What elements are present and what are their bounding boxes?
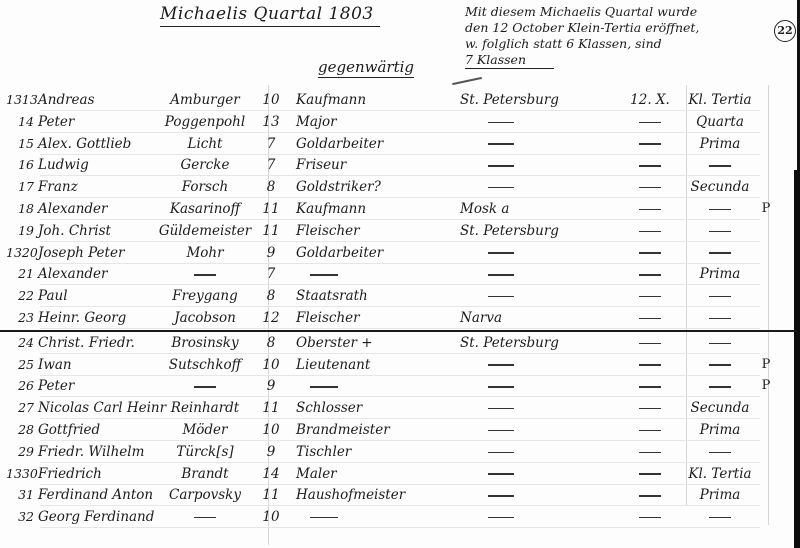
ditto-dash [639,408,661,410]
cell-city: Mosk a [460,201,610,217]
register-row: 31Ferdinand AntonCarpovsky11Haushofmeist… [0,487,800,508]
register-row: 1313AndreasAmburger10KaufmannSt. Petersb… [0,92,800,113]
cell-last: Brandt [150,466,260,482]
cell-class [680,223,760,239]
ditto-dash [488,296,514,298]
register-row: 21Alexander7Prima [0,266,800,287]
cell-last: Licht [150,136,260,152]
cell-class [680,509,760,525]
cell-date [620,157,680,173]
cell-date [620,114,680,130]
cell-last: Poggenpohl [150,114,260,130]
cell-class: Secunda [680,400,760,416]
register-row: 18AlexanderKasarinoff11KaufmannMosk aP [0,201,800,222]
cell-last: Möder [150,422,260,438]
ditto-dash [488,187,514,189]
ditto-dash [639,187,661,189]
cell-num: 26 [6,378,34,393]
cell-first: Joh. Christ [38,223,148,239]
cell-last: Mohr [150,245,260,261]
cell-class: Secunda [680,179,760,195]
ditto-dash [639,296,661,298]
ditto-dash [709,343,731,345]
cell-date [620,136,680,152]
cell-first: Paul [38,288,148,304]
cell-occupation [296,266,431,282]
register-row: 19Joh. ChristGüldemeister11FleischerSt. … [0,223,800,244]
cell-class: Prima [680,487,760,503]
ditto-dash [639,209,661,211]
ditto-dash [639,143,661,145]
cell-occupation: Major [296,114,431,130]
cell-city: St. Petersburg [460,335,610,351]
register-row: 1320Joseph PeterMohr9Goldarbeiter [0,245,800,266]
ditto-dash [488,386,514,388]
cell-first: Alexander [38,201,148,217]
decorative-stroke [452,77,482,85]
cell-occupation: Fleischer [296,310,431,326]
ditto-dash [194,386,216,388]
cell-class: Prima [680,422,760,438]
cell-last: Türck[s] [150,444,260,460]
cell-last: Reinhardt [150,400,260,416]
cell-age: 11 [256,487,286,503]
cell-occupation: Haushofmeister [296,487,431,503]
cell-first: Christ. Friedr. [38,335,148,351]
ditto-dash [488,452,514,454]
cell-city [460,179,610,195]
cell-age: 14 [256,466,286,482]
register-row: 25IwanSutschkoff10LieutenantP [0,357,800,378]
cell-age: 8 [256,179,286,195]
cell-occupation: Goldstriker? [296,179,431,195]
register-row: 22PaulFreygang8Staatsrath [0,288,800,309]
cell-age: 10 [256,422,286,438]
register-row: 27Nicolas Carl HeinrReinhardt11Schlosser… [0,400,800,421]
ditto-dash [488,165,514,167]
cell-num: 1330 [6,466,34,481]
ditto-dash [639,473,661,475]
cell-last: Brosinsky [150,335,260,351]
register-row: 15Alex. GottliebLicht7GoldarbeiterPrima [0,136,800,157]
column-heading-current: gegenwärtig [318,58,414,78]
cell-city: St. Petersburg [460,92,610,108]
register-row: 32Georg Ferdinand10 [0,509,800,530]
ditto-dash [639,452,661,454]
ditto-dash [709,209,731,211]
cell-first: Peter [38,114,148,130]
cell-num: 1313 [6,92,34,107]
cell-age: 10 [256,92,286,108]
note-line: w. folglich statt 6 Klassen, sind [465,36,765,52]
page-number-badge: 22 [774,20,796,42]
header-note: Mit diesem Michaelis Quartal wurde den 1… [465,4,765,69]
cell-first: Georg Ferdinand [38,509,148,525]
cell-age: 7 [256,266,286,282]
cell-age: 7 [256,136,286,152]
cell-num: 23 [6,310,34,325]
register-row: 1330FriedrichBrandt14MalerKl. Tertia [0,466,800,487]
cell-first: Gottfried [38,422,148,438]
cell-age: 9 [256,378,286,394]
ditto-dash [488,495,514,497]
cell-city [460,288,610,304]
cell-class [680,157,760,173]
ditto-dash [639,274,661,276]
cell-occupation [296,509,431,525]
ditto-dash [639,430,661,432]
cell-num: 29 [6,444,34,459]
ditto-dash [709,296,731,298]
ditto-dash [488,252,514,254]
cell-age: 10 [256,509,286,525]
cell-date [620,400,680,416]
cell-class [680,245,760,261]
ditto-dash [639,231,661,233]
cell-num: 16 [6,157,34,172]
cell-class [680,288,760,304]
ditto-dash [310,517,338,519]
ditto-dash [310,386,338,388]
cell-last [150,378,260,394]
cell-date [620,288,680,304]
cell-last: Kasarinoff [150,201,260,217]
cell-occupation [296,378,431,394]
cell-class: Kl. Tertia [680,92,760,108]
cell-mark: P [756,357,776,372]
cell-first: Ludwig [38,157,148,173]
cell-city [460,444,610,460]
ditto-dash [639,517,661,519]
cell-city [460,245,610,261]
cell-first: Ferdinand Anton [38,487,148,503]
register-row: 17FranzForsch8Goldstriker?Secunda [0,179,800,200]
cell-num: 31 [6,487,34,502]
ditto-dash [639,122,661,124]
cell-last: Amburger [150,92,260,108]
cell-occupation: Oberster + [296,335,431,351]
cell-first: Iwan [38,357,148,373]
cell-city: Narva [460,310,610,326]
cell-mark: P [756,201,776,216]
ditto-dash [639,165,661,167]
ditto-dash [639,364,661,366]
cell-occupation: Schlosser [296,400,431,416]
ditto-dash [488,274,514,276]
cell-age: 8 [256,335,286,351]
register-row: 24Christ. Friedr.Brosinsky8Oberster +St.… [0,335,800,356]
cell-age: 11 [256,400,286,416]
cell-class: Quarta [680,114,760,130]
cell-date [620,201,680,217]
cell-num: 14 [6,114,34,129]
cell-first: Nicolas Carl Heinr [38,400,148,416]
cell-last: Carpovsky [150,487,260,503]
cell-occupation: Fleischer [296,223,431,239]
cell-last [150,509,260,525]
cell-city [460,466,610,482]
cell-age: 11 [256,201,286,217]
ditto-dash [639,343,661,345]
cell-num: 22 [6,288,34,303]
cell-age: 7 [256,157,286,173]
cell-num: 1320 [6,245,34,260]
cell-first: Franz [38,179,148,195]
cell-class: Kl. Tertia [680,466,760,482]
register-page: Michaelis Quartal 1803 Mit diesem Michae… [0,0,800,548]
cell-date [620,266,680,282]
cell-occupation: Staatsrath [296,288,431,304]
cell-occupation: Friseur [296,157,431,173]
cell-occupation: Lieutenant [296,357,431,373]
ditto-dash [488,143,514,145]
cell-occupation: Brandmeister [296,422,431,438]
cell-class [680,310,760,326]
cell-first: Alexander [38,266,148,282]
ditto-dash [709,231,731,233]
cell-city [460,400,610,416]
cell-num: 19 [6,223,34,238]
cell-age: 12 [256,310,286,326]
cell-occupation: Maler [296,466,431,482]
cell-first: Friedr. Wilhelm [38,444,148,460]
cell-first: Friedrich [38,466,148,482]
cell-age: 9 [256,444,286,460]
note-line: Mit diesem Michaelis Quartal wurde [465,4,765,20]
cell-mark: P [756,378,776,393]
ditto-dash [639,386,661,388]
cell-city [460,157,610,173]
cell-class [680,201,760,217]
cell-first: Andreas [38,92,148,108]
ditto-dash [194,274,216,276]
cell-num: 28 [6,422,34,437]
ditto-dash [488,430,514,432]
cell-city [460,422,610,438]
cell-first: Peter [38,378,148,394]
register-row: 14PeterPoggenpohl13MajorQuarta [0,114,800,135]
cell-date [620,378,680,394]
ditto-dash [709,386,731,388]
cell-date [620,310,680,326]
cell-class [680,335,760,351]
cell-last [150,266,260,282]
ditto-dash [639,495,661,497]
cell-city [460,509,610,525]
cell-city [460,487,610,503]
cell-first: Alex. Gottlieb [38,136,148,152]
cell-last: Jacobson [150,310,260,326]
cell-occupation: Kaufmann [296,92,431,108]
cell-num: 17 [6,179,34,194]
ditto-dash [488,473,514,475]
cell-occupation: Kaufmann [296,201,431,217]
note-line: 7 Klassen [465,52,554,69]
cell-last: Gercke [150,157,260,173]
cell-num: 27 [6,400,34,415]
cell-last: Freygang [150,288,260,304]
cell-date [620,357,680,373]
cell-date [620,245,680,261]
ditto-dash [639,318,661,320]
ditto-dash [488,122,514,124]
cell-num: 18 [6,201,34,216]
cell-date [620,422,680,438]
cell-city [460,266,610,282]
cell-occupation: Goldarbeiter [296,136,431,152]
cell-date: 12. X. [620,92,680,108]
cell-occupation: Tischler [296,444,431,460]
cell-num: 15 [6,136,34,151]
register-row: 29Friedr. WilhelmTürck[s]9Tischler [0,444,800,465]
register-row: 16LudwigGercke7Friseur [0,157,800,178]
cell-age: 13 [256,114,286,130]
ditto-dash [310,274,338,276]
cell-date [620,466,680,482]
cell-city [460,357,610,373]
cell-first: Heinr. Georg [38,310,148,326]
ditto-dash [639,252,661,254]
cell-occupation: Goldarbeiter [296,245,431,261]
ditto-dash [709,517,731,519]
cell-last: Güldemeister [150,223,260,239]
cell-age: 8 [256,288,286,304]
cell-class [680,357,760,373]
ditto-dash [194,517,216,519]
cell-date [620,335,680,351]
cell-last: Sutschkoff [150,357,260,373]
cell-class: Prima [680,266,760,282]
register-row: 26Peter9P [0,378,800,399]
cell-class [680,378,760,394]
cell-date [620,179,680,195]
ditto-dash [709,318,731,320]
cell-num: 21 [6,266,34,281]
cell-num: 25 [6,357,34,372]
cell-city: St. Petersburg [460,223,610,239]
cell-first: Joseph Peter [38,245,148,261]
ditto-dash [709,165,731,167]
register-row: 23Heinr. GeorgJacobson12FleischerNarva [0,310,800,331]
cell-date [620,509,680,525]
cell-date [620,223,680,239]
cell-class [680,444,760,460]
ditto-dash [488,364,514,366]
cell-class: Prima [680,136,760,152]
cell-city [460,114,610,130]
ditto-dash [709,252,731,254]
cell-city [460,136,610,152]
cell-date [620,487,680,503]
page-title: Michaelis Quartal 1803 [160,4,380,27]
cell-age: 9 [256,245,286,261]
cell-last: Forsch [150,179,260,195]
ditto-dash [488,517,514,519]
ditto-dash [709,452,731,454]
cell-age: 10 [256,357,286,373]
ditto-dash [709,364,731,366]
cell-num: 24 [6,335,34,350]
cell-age: 11 [256,223,286,239]
cell-date [620,444,680,460]
cell-city [460,378,610,394]
cell-num: 32 [6,509,34,524]
note-line: den 12 October Klein-Tertia eröffnet, [465,20,765,36]
ditto-dash [488,408,514,410]
register-row: 28GottfriedMöder10BrandmeisterPrima [0,422,800,443]
